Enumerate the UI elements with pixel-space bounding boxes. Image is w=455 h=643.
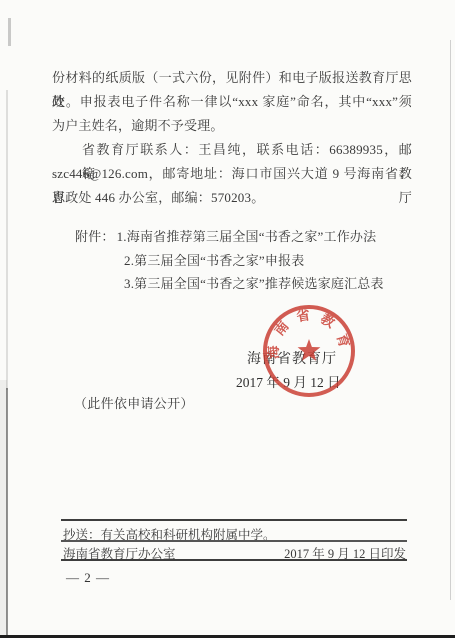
attachments-list: 附件： 1.海南省推荐第三届全国“书香之家”工作办法 2.第三届全国“书香之家”… <box>75 225 384 296</box>
body-line: 为户主姓名，逾期不予受理。 <box>52 114 412 138</box>
scan-bottom-margin <box>0 638 455 643</box>
body-line: 份材料的纸质版（一式六份，见附件）和电子版报送教育厅思政 <box>52 66 412 90</box>
attachment-item: 2.第三届全国“书香之家”申报表 <box>124 249 305 273</box>
attachment-row: 3.第三届全国“书香之家”推荐候选家庭汇总表 <box>75 272 384 296</box>
disclosure-note: （此件依申请公开） <box>74 393 194 412</box>
issuer-name: 海南省教育厅 <box>247 348 337 368</box>
document-body: 份材料的纸质版（一式六份，见附件）和电子版报送教育厅思政 处。申报表电子件名称一… <box>52 66 412 210</box>
scan-right-edge-line <box>450 40 451 600</box>
scan-left-edge-line <box>6 90 8 390</box>
attachments-label: 附件： <box>75 225 115 249</box>
attachment-item: 1.海南省推荐第三届全国“书香之家”工作办法 <box>117 225 377 249</box>
scan-left-shading <box>0 380 7 636</box>
body-line: 省教育厅联系人：王昌纯，联系电话：66389935，邮箱： <box>52 138 412 162</box>
attachment-row: 2.第三届全国“书香之家”申报表 <box>75 249 384 273</box>
body-line: szc446@126.com，邮寄地址：海口市国兴大道 9 号海南省教育厅 <box>52 162 412 186</box>
scanned-document-page: 份材料的纸质版（一式六份，见附件）和电子版报送教育厅思政 处。申报表电子件名称一… <box>0 0 455 643</box>
scan-edge-mark <box>8 18 11 46</box>
footer-rule-top <box>61 519 407 521</box>
footer-rule-middle <box>61 540 407 542</box>
footer-rule-bottom <box>61 559 407 561</box>
issue-date: 2017 年 9 月 12 日 <box>236 371 341 391</box>
attachment-item: 3.第三届全国“书香之家”推荐候选家庭汇总表 <box>124 272 384 296</box>
page-number: — 2 — <box>66 570 110 586</box>
body-line: 处。申报表电子件名称一律以“xxx 家庭”命名，其中“xxx”须 <box>52 90 412 114</box>
attachment-row: 附件： 1.海南省推荐第三届全国“书香之家”工作办法 <box>75 225 384 249</box>
